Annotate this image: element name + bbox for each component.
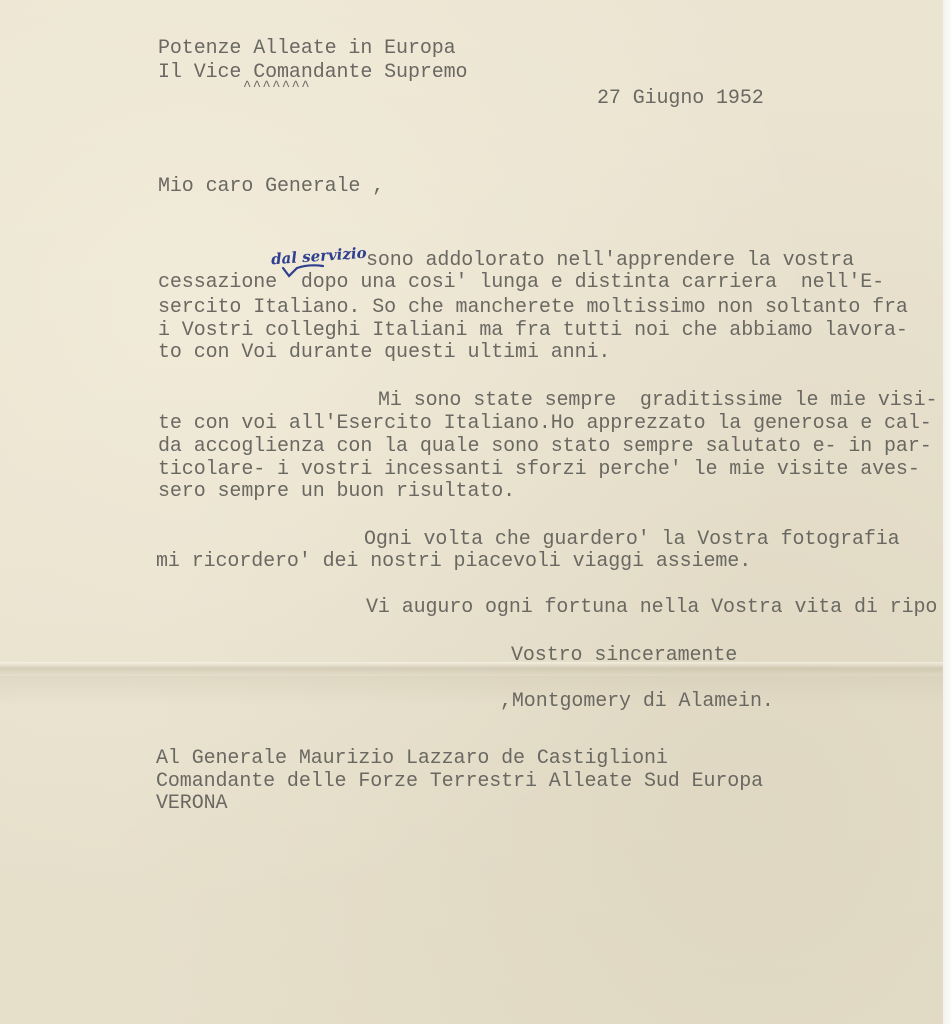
paragraph-2-line-2: te con voi all'Esercito Italiano.Ho appr… bbox=[158, 413, 932, 435]
paragraph-3-line-2: mi ricordero' dei nostri piacevoli viagg… bbox=[156, 551, 751, 573]
paragraph-2-line-3: da accoglienza con la quale sono stato s… bbox=[158, 436, 932, 458]
paper-edge bbox=[943, 0, 951, 1024]
paragraph-1-line-2: cessazione dopo una cosi' lunga e distin… bbox=[158, 272, 884, 294]
addressee-line-1: Al Generale Maurizio Lazzaro de Castigli… bbox=[156, 748, 668, 770]
paragraph-1-line-1: sono addolorato nell'apprendere la vostr… bbox=[366, 250, 854, 272]
paragraph-1-line-3: sercito Italiano. So che mancherete molt… bbox=[158, 297, 908, 319]
salutation: Mio caro Generale , bbox=[158, 176, 384, 198]
paragraph-2-line-5: sero sempre un buon risultato. bbox=[158, 481, 515, 503]
paragraph-1-line-4: i Vostri colleghi Italiani ma fra tutti … bbox=[158, 320, 908, 342]
paragraph-1-line-5: to con Voi durante questi ultimi anni. bbox=[158, 342, 610, 364]
paragraph-2-line-1: Mi sono state sempre graditissime le mie… bbox=[378, 390, 937, 412]
fold-crease bbox=[0, 662, 943, 676]
letter-paper bbox=[0, 0, 943, 1024]
addressee-line-2: Comandante delle Forze Terrestri Alleate… bbox=[156, 771, 763, 793]
fold-shadow bbox=[0, 676, 943, 706]
signature: ,Montgomery di Alamein. bbox=[500, 691, 774, 713]
paragraph-4-line-1: Vi auguro ogni fortuna nella Vostra vita… bbox=[366, 597, 937, 619]
letterhead-line-1: Potenze Alleate in Europa bbox=[158, 38, 456, 60]
letterhead-line-2: Il Vice Comandante Supremo bbox=[158, 62, 467, 84]
paragraph-2-line-4: ticolare- i vostri incessanti sforzi per… bbox=[158, 459, 920, 481]
closing: Vostro sinceramente bbox=[511, 645, 737, 667]
letterhead-underline: ^^^^^^^ bbox=[243, 80, 311, 94]
paragraph-3-line-1: Ogni volta che guardero' la Vostra fotog… bbox=[364, 529, 900, 551]
addressee-line-3: VERONA bbox=[156, 793, 227, 815]
letter-date: 27 Giugno 1952 bbox=[597, 88, 764, 110]
